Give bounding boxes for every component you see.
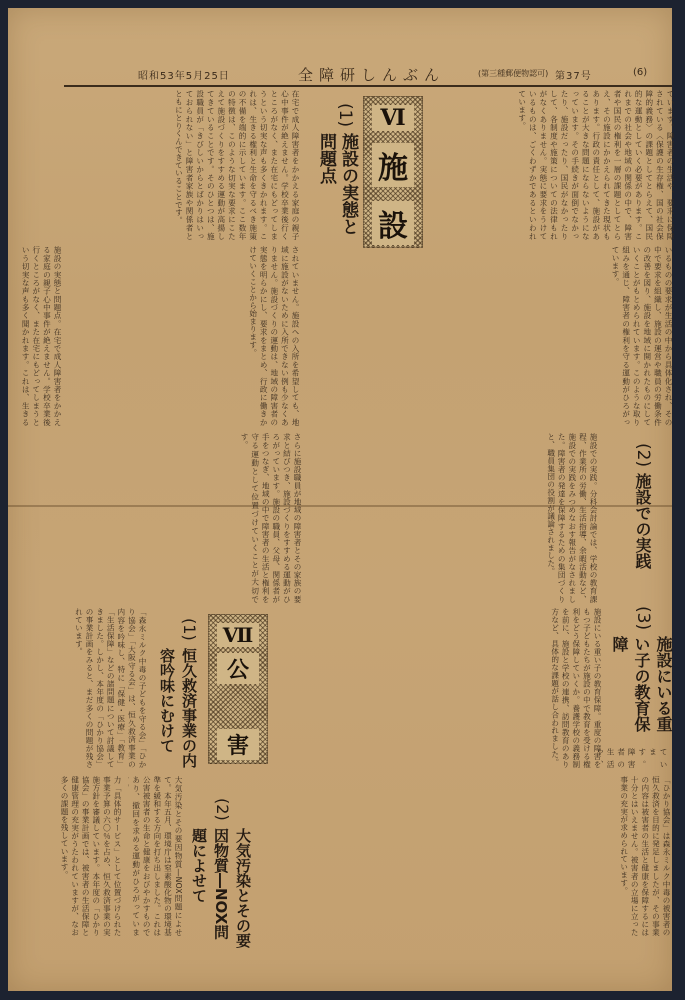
- section-7-1-number: (1): [180, 618, 199, 641]
- chapter-7-numeral: Ⅶ: [217, 623, 259, 647]
- chapter-6-title-box: Ⅵ 施 設: [363, 96, 423, 248]
- section-6-1-number: (1): [335, 103, 355, 127]
- chapter-7-title-bottom: 害: [217, 729, 259, 760]
- masthead-rule: [64, 85, 672, 87]
- body-text-block: 「ひかり協会」は森永ミルク中毒の被害者の恒久救済を目的に発足しましたが、その事業…: [243, 776, 671, 936]
- body-text-block: 「森永ミルク中毒の子どもを守る会」「ひかり協会」「大阪守る会」は、恒久救済事業の…: [22, 608, 147, 768]
- body-text-block: ています。障害者の生活や、要求に保障されている〈保護の生存権、国の社会保障的義務…: [423, 90, 675, 240]
- chapter-6-title-bottom: 設: [372, 201, 414, 245]
- section-number: 2: [213, 804, 232, 814]
- body-text-block: さらに施設職員が地域の障害者とその家族の要求と結びつき、施設づくりをすすめる運動…: [22, 433, 302, 603]
- body-text-block: いるものの要求が生活の中から具体化され、その中で要求を組織し、施設の運営や職員の…: [308, 246, 673, 426]
- newspaper-page: 昭和53年5月25日 全障研しんぶん (第三種郵便物認可) 第37号 (6) Ⅵ…: [8, 8, 672, 991]
- section-number: 2: [633, 450, 653, 461]
- chapter-6-numeral: Ⅵ: [372, 105, 414, 131]
- section-7-1-heading: 恒久救済事業の内容吟味にむけて: [156, 648, 200, 773]
- chapter-7-title-box: Ⅶ 公 害: [208, 614, 268, 764]
- section-number: 1: [335, 110, 355, 121]
- body-text-block: 施設の実態と問題点。在宅で成人障害者をかかえる家庭の親子心中事件が絶えません。学…: [22, 246, 62, 426]
- body-text-block: 大気汚染とその要因物質―NOX問題によせて。本年五月、環境庁は窒素酸化物の環境基…: [128, 776, 183, 936]
- issue-date: 昭和53年5月25日: [138, 67, 230, 82]
- masthead: 昭和53年5月25日 全障研しんぶん (第三種郵便物認可) 第37号 (6): [68, 64, 668, 84]
- chapter-6-title-top: 施: [372, 143, 414, 187]
- body-text-block: 施設での実践。分科会討論では、学校の教育課程、作業所の労働、生活指導、余暇活動な…: [308, 433, 598, 603]
- body-text-block: されていません。施設への入所を希望しても、地域に施設がないために入所できない例も…: [64, 246, 300, 426]
- paper-name: 全障研しんぶん: [298, 64, 445, 85]
- section-number: 1: [180, 624, 199, 634]
- section-number: 3: [633, 613, 653, 624]
- section-6-1-heading: 施設の実態と問題点: [315, 133, 359, 243]
- body-text-block: 在宅で成人障害者をかかえる家庭の親子心中事件が絶えません。学校卒業後行くところが…: [64, 90, 300, 240]
- page-number: (6): [633, 67, 647, 78]
- body-text-block: ています。障害者の生活や、要求に保障されている〈保護の生存権、国の社会保障的義務…: [598, 748, 668, 768]
- section-6-2-number: (2): [633, 443, 653, 467]
- postal-permit: (第三種郵便物認可): [478, 68, 548, 79]
- issue-number: 第37号: [555, 67, 592, 82]
- chapter-7-title-top: 公: [217, 653, 259, 684]
- section-6-3-number: (3): [633, 606, 653, 630]
- body-text-block: 施設にいる重い子の教育保障。重度の障害をもつ子どもたちが施設の中で教育を受ける権…: [272, 608, 602, 768]
- section-6-3-heading: 施設にいる重い子の教育保障: [608, 636, 674, 741]
- body-text-block: 力「具体的サービス」として位置づけられた事業予算の六〇％を占め、恒久救済事業の実…: [22, 776, 122, 936]
- section-7-2-number: (2): [213, 798, 232, 821]
- section-6-2-heading: 施設での実践: [631, 473, 654, 583]
